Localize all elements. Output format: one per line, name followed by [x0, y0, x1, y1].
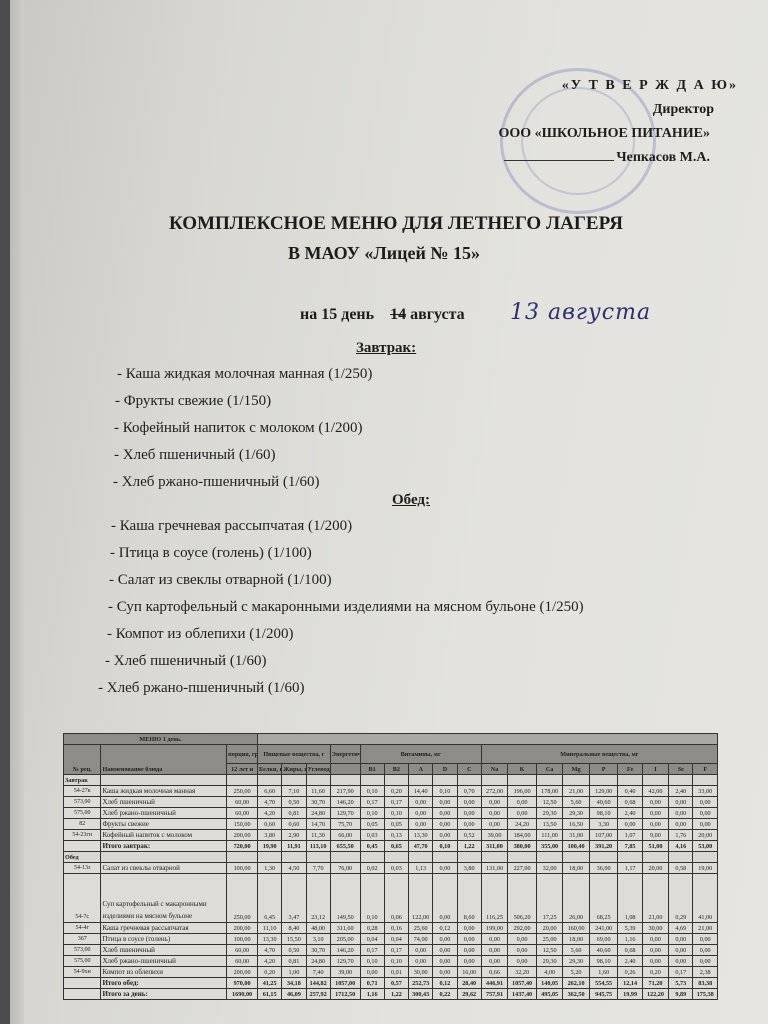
grand-total-value: 362,50: [563, 989, 589, 1000]
table-row: 54-23гнКофейный напиток с молоком200,003…: [64, 830, 718, 841]
date-line: на 15 день 14 августа: [300, 306, 465, 324]
value-cell: 0,00: [508, 797, 537, 808]
dish-name: Каша жидкая молочная манная: [101, 786, 227, 797]
value-cell: 0,02: [360, 863, 384, 874]
value-cell: 13,30: [258, 934, 282, 945]
value-cell: 16,00: [457, 967, 481, 978]
value-cell: 2,38: [693, 967, 718, 978]
table-cell: [457, 775, 481, 786]
nutrition-table-wrapper: МЕНЮ 1 день. № рец. Наименование блюда п…: [63, 733, 718, 1000]
dish-name: Птица в соусе (голень): [101, 934, 227, 945]
value-cell: 4,70: [258, 797, 282, 808]
value-cell: 5,60: [563, 797, 589, 808]
grand-total-value: 1,22: [384, 989, 408, 1000]
table-cell: [481, 852, 507, 863]
value-cell: 0,40: [618, 786, 642, 797]
total-value: 47,70: [409, 841, 433, 852]
dish-name: Хлеб ржано-пшеничный: [101, 808, 227, 819]
value-cell: 0,00: [669, 934, 693, 945]
total-value: 7,85: [618, 841, 642, 852]
recipe-code: 573,00: [64, 945, 101, 956]
value-cell: 18,00: [563, 934, 589, 945]
value-cell: 7,10: [282, 786, 306, 797]
grand-total-value: 1690,00: [227, 989, 258, 1000]
dish-name: Хлеб пшеничный: [101, 797, 227, 808]
grand-total-value: 257,92: [306, 989, 330, 1000]
table-cell: [693, 852, 718, 863]
total-value: 4,16: [669, 841, 693, 852]
table-cell: [64, 841, 101, 852]
value-cell: 60,00: [227, 945, 258, 956]
value-cell: 0,00: [457, 819, 481, 830]
value-cell: 19,00: [693, 863, 718, 874]
header-nutrient-fe: Fe: [618, 764, 642, 775]
value-cell: 311,60: [330, 923, 360, 934]
value-cell: 131,00: [481, 863, 507, 874]
value-cell: 4,50: [282, 863, 306, 874]
recipe-code: 575,00: [64, 808, 101, 819]
value-cell: 1,16: [618, 934, 642, 945]
value-cell: 0,00: [433, 819, 457, 830]
value-cell: 0,05: [360, 819, 384, 830]
total-value: 53,00: [693, 841, 718, 852]
value-cell: 0,16: [384, 923, 408, 934]
value-cell: 196,00: [508, 786, 537, 797]
value-cell: 0,00: [457, 945, 481, 956]
value-cell: 24,20: [508, 819, 537, 830]
value-cell: 0,13: [384, 830, 408, 841]
value-cell: 107,00: [589, 830, 618, 841]
total-value: 19,90: [258, 841, 282, 852]
table-row: 54-27кКаша жидкая молочная манная250,006…: [64, 786, 718, 797]
document-subtitle: В МАОУ «Лицей № 15»: [0, 243, 768, 264]
value-cell: 20,00: [642, 863, 668, 874]
table-cell: [589, 775, 618, 786]
value-cell: 39,00: [481, 830, 507, 841]
value-cell: 0,10: [360, 808, 384, 819]
value-cell: 0,00: [642, 945, 668, 956]
dish-name: Хлеб ржано-пшеничный: [101, 956, 227, 967]
value-cell: 129,70: [330, 956, 360, 967]
header-nutrient-b1: B1: [360, 764, 384, 775]
value-cell: 292,00: [508, 923, 537, 934]
value-cell: 200,00: [227, 923, 258, 934]
value-cell: 217,90: [330, 786, 360, 797]
value-cell: 21,00: [642, 874, 668, 923]
value-cell: 0,05: [384, 819, 408, 830]
grand-total-value: 1437,40: [508, 989, 537, 1000]
header-minerals: Минеральные вещества, мг: [481, 745, 717, 764]
table-total-row: Итого обед:970,0041,2534,18144,821057,00…: [64, 978, 718, 989]
header-energy: Энергетическая: [330, 745, 360, 764]
value-cell: 0,00: [433, 830, 457, 841]
table-row: 573,00Хлеб пшеничный60,004,700,5030,7014…: [64, 797, 718, 808]
value-cell: 0,68: [618, 797, 642, 808]
grand-total-value: 945,75: [589, 989, 618, 1000]
value-cell: 15,50: [282, 934, 306, 945]
header-nutrient-na: Na: [481, 764, 507, 775]
header-nutrient-mg: Mg: [563, 764, 589, 775]
value-cell: 25,00: [536, 934, 562, 945]
value-cell: 0,00: [642, 797, 668, 808]
value-cell: 0,60: [258, 819, 282, 830]
table-cell: [589, 852, 618, 863]
value-cell: 0,00: [433, 934, 457, 945]
value-cell: 6,60: [258, 786, 282, 797]
value-cell: 0,01: [384, 967, 408, 978]
value-cell: 7,70: [306, 863, 330, 874]
value-cell: 60,00: [227, 797, 258, 808]
total-value: 34,18: [282, 978, 306, 989]
value-cell: 14,40: [409, 786, 433, 797]
value-cell: 2,40: [618, 956, 642, 967]
value-cell: 0,58: [669, 863, 693, 874]
value-cell: 250,00: [227, 874, 258, 923]
value-cell: 29,30: [536, 808, 562, 819]
table-cell: [64, 989, 101, 1000]
dish-name: Суп картофельный с макаронными изделиями…: [101, 874, 227, 923]
section-label: Завтрак: [64, 775, 101, 786]
table-cell: [508, 775, 537, 786]
value-cell: 0,00: [457, 934, 481, 945]
header-nutrition: Пищевые вещества, г: [258, 745, 331, 764]
header-nutrient-ca: Ca: [536, 764, 562, 775]
table-cell: [330, 852, 360, 863]
value-cell: 0,00: [693, 797, 718, 808]
total-value: 446,91: [481, 978, 507, 989]
grand-total-value: 1712,50: [330, 989, 360, 1000]
grand-total-label: Итого за день:: [101, 989, 227, 1000]
handwritten-date: 13 августа: [510, 300, 651, 325]
value-cell: 0,00: [508, 945, 537, 956]
menu-list-item: - Хлеб пшеничный (1/60): [114, 447, 275, 464]
value-cell: 149,50: [330, 874, 360, 923]
value-cell: 0,50: [282, 797, 306, 808]
value-cell: 14,70: [306, 819, 330, 830]
table-cell: [306, 775, 330, 786]
value-cell: 1,76: [669, 830, 693, 841]
header-nutrient-f: F: [693, 764, 718, 775]
total-value: 311,00: [481, 841, 507, 852]
value-cell: 0,00: [642, 819, 668, 830]
value-cell: 0,00: [409, 945, 433, 956]
value-cell: 8,40: [282, 923, 306, 934]
recipe-code: 54-23гн: [64, 830, 101, 841]
value-cell: 0,00: [409, 956, 433, 967]
value-cell: 0,00: [669, 797, 693, 808]
total-value: 113,10: [306, 841, 330, 852]
approval-block: «У Т В Е Р Ж Д А Ю» Директор ООО «ШКОЛЬН…: [499, 74, 711, 170]
value-cell: 4,70: [258, 945, 282, 956]
recipe-code: 54-27к: [64, 786, 101, 797]
value-cell: 0,00: [457, 808, 481, 819]
table-cell: [409, 775, 433, 786]
value-cell: 74,00: [409, 934, 433, 945]
table-grand-total-row: Итого за день:1690,0061,1546,09257,92171…: [64, 989, 718, 1000]
value-cell: 3,10: [306, 934, 330, 945]
table-cell: [409, 852, 433, 863]
value-cell: 66,00: [330, 830, 360, 841]
total-value: 1057,40: [508, 978, 537, 989]
total-value: 720,00: [227, 841, 258, 852]
table-cell: [669, 775, 693, 786]
value-cell: 1,60: [589, 967, 618, 978]
value-cell: 0,00: [481, 819, 507, 830]
table-cell: [101, 852, 227, 863]
total-value: 140,05: [536, 978, 562, 989]
value-cell: 4,20: [258, 956, 282, 967]
value-cell: 30,00: [642, 923, 668, 934]
total-value: 5,73: [669, 978, 693, 989]
value-cell: 0,17: [384, 945, 408, 956]
header-nutrient-b2: B2: [384, 764, 408, 775]
grand-total-value: 495,05: [536, 989, 562, 1000]
value-cell: 11,30: [306, 830, 330, 841]
value-cell: 200,00: [227, 967, 258, 978]
nutrition-table: МЕНЮ 1 день. № рец. Наименование блюда п…: [63, 733, 718, 1000]
value-cell: 0,00: [433, 874, 457, 923]
total-value: 0,71: [360, 978, 384, 989]
value-cell: 1,08: [618, 874, 642, 923]
value-cell: 506,20: [508, 874, 537, 923]
value-cell: 150,00: [227, 819, 258, 830]
value-cell: 0,81: [282, 956, 306, 967]
grand-total-value: 175,38: [693, 989, 718, 1000]
value-cell: 100,00: [227, 863, 258, 874]
total-value: 1057,00: [330, 978, 360, 989]
value-cell: 11,10: [258, 923, 282, 934]
value-cell: 39,00: [330, 967, 360, 978]
value-cell: 76,00: [330, 863, 360, 874]
value-cell: 0,00: [693, 934, 718, 945]
total-value: 554,55: [589, 978, 618, 989]
table-row: 54-4гКаша гречневая рассыпчатая200,0011,…: [64, 923, 718, 934]
value-cell: 98,10: [589, 808, 618, 819]
total-value: 51,00: [642, 841, 668, 852]
value-cell: 13,30: [409, 830, 433, 841]
value-cell: 241,00: [589, 923, 618, 934]
value-cell: 0,10: [360, 956, 384, 967]
value-cell: 0,68: [618, 945, 642, 956]
value-cell: 0,81: [282, 808, 306, 819]
value-cell: 17,25: [536, 874, 562, 923]
value-cell: 0,00: [669, 945, 693, 956]
value-cell: 199,00: [481, 923, 507, 934]
value-cell: 0,17: [669, 967, 693, 978]
value-cell: 0,00: [669, 819, 693, 830]
table-cell: [282, 852, 306, 863]
value-cell: 0,00: [642, 956, 668, 967]
menu-list-item: - Суп картофельный с макаронными изделия…: [108, 599, 584, 616]
table-cell: [433, 852, 457, 863]
value-cell: 5,39: [618, 923, 642, 934]
grand-total-value: 1,16: [360, 989, 384, 1000]
total-value: 100,40: [563, 841, 589, 852]
grand-total-value: 46,09: [282, 989, 306, 1000]
table-row: 367Птица в соусе (голень)100,0013,3015,5…: [64, 934, 718, 945]
total-value: 0,10: [433, 841, 457, 852]
value-cell: 40,60: [589, 797, 618, 808]
table-section-row: Завтрак: [64, 775, 718, 786]
value-cell: 6,45: [258, 874, 282, 923]
grand-total-value: 122,20: [642, 989, 668, 1000]
value-cell: 2,90: [282, 830, 306, 841]
grand-total-value: 19,99: [618, 989, 642, 1000]
value-cell: 129,70: [330, 808, 360, 819]
total-value: 28,40: [457, 978, 481, 989]
value-cell: 30,70: [306, 797, 330, 808]
value-cell: 26,00: [563, 874, 589, 923]
value-cell: 0,04: [384, 934, 408, 945]
value-cell: 0,00: [360, 967, 384, 978]
value-cell: 3,30: [589, 819, 618, 830]
table-cell: [508, 852, 537, 863]
total-label: Итого завтрак:: [101, 841, 227, 852]
value-cell: 0,00: [433, 808, 457, 819]
value-cell: 33,00: [693, 786, 718, 797]
value-cell: 1,00: [282, 967, 306, 978]
total-value: 144,82: [306, 978, 330, 989]
value-cell: 0,20: [258, 967, 282, 978]
recipe-code: 82: [64, 819, 101, 830]
total-value: 0,65: [384, 841, 408, 852]
grand-total-value: 0,22: [433, 989, 457, 1000]
value-cell: 32,00: [536, 863, 562, 874]
table-cell: [101, 775, 227, 786]
total-value: 252,73: [409, 978, 433, 989]
grand-total-value: 757,91: [481, 989, 507, 1000]
value-cell: 69,00: [589, 934, 618, 945]
table-cell: [642, 775, 668, 786]
value-cell: 0,20: [384, 786, 408, 797]
struck-day: 14: [390, 306, 406, 323]
menu-list-item: - Хлеб пшеничный (1/60): [105, 653, 266, 670]
menu-list-item: - Салат из свеклы отварной (1/100): [109, 572, 332, 589]
value-cell: 0,00: [693, 808, 718, 819]
value-cell: 21,00: [563, 786, 589, 797]
value-cell: 0,29: [669, 874, 693, 923]
menu-list-item: - Птица в соусе (голень) (1/100): [110, 545, 312, 562]
table-cell: [360, 852, 384, 863]
recipe-code: 54-13з: [64, 863, 101, 874]
table-row: 82Фрукты свежие150,000,600,6014,7075,700…: [64, 819, 718, 830]
value-cell: 0,50: [282, 945, 306, 956]
table-cell: [384, 775, 408, 786]
value-cell: 0,00: [433, 945, 457, 956]
value-cell: 40,60: [589, 945, 618, 956]
value-cell: 100,00: [227, 934, 258, 945]
value-cell: 1,17: [618, 863, 642, 874]
value-cell: 0,00: [642, 808, 668, 819]
table-cell: [227, 852, 258, 863]
value-cell: 30,70: [306, 945, 330, 956]
value-cell: 12,50: [536, 945, 562, 956]
value-cell: 0,06: [384, 874, 408, 923]
value-cell: 29,30: [563, 808, 589, 819]
table-cell: [258, 775, 282, 786]
value-cell: 4,20: [258, 808, 282, 819]
table-row: 575,00Хлеб ржано-пшеничный60,004,200,812…: [64, 956, 718, 967]
total-value: 41,25: [258, 978, 282, 989]
dish-name: Компот из облепихи: [101, 967, 227, 978]
table-cell: [563, 775, 589, 786]
table-cell: [282, 775, 306, 786]
table-cell: [433, 775, 457, 786]
header-nutrient-se: Se: [669, 764, 693, 775]
value-cell: 20,00: [536, 923, 562, 934]
value-cell: 31,00: [563, 830, 589, 841]
recipe-code: 54-9хн: [64, 967, 101, 978]
value-cell: 146,20: [330, 797, 360, 808]
value-cell: 60,00: [227, 956, 258, 967]
value-cell: 0,28: [360, 923, 384, 934]
signature-line: [504, 160, 614, 161]
table-caption: МЕНЮ 1 день.: [64, 734, 258, 745]
value-cell: 0,04: [360, 934, 384, 945]
total-value: 970,00: [227, 978, 258, 989]
value-cell: 0,00: [433, 797, 457, 808]
value-cell: 2,40: [618, 808, 642, 819]
table-row: 573,00Хлеб пшеничный60,004,700,5030,7014…: [64, 945, 718, 956]
table-cell: [669, 852, 693, 863]
value-cell: 0,17: [360, 945, 384, 956]
value-cell: 272,00: [481, 786, 507, 797]
table-cell: [360, 775, 384, 786]
value-cell: 1,07: [618, 830, 642, 841]
value-cell: 13,50: [536, 819, 562, 830]
value-cell: 0,00: [642, 934, 668, 945]
value-cell: 1,30: [258, 863, 282, 874]
value-cell: 0,17: [384, 797, 408, 808]
menu-list-item: - Хлеб ржано-пшеничный (1/60): [98, 680, 305, 697]
value-cell: 98,10: [589, 956, 618, 967]
table-cell: [384, 852, 408, 863]
header-nutrient-k: K: [508, 764, 537, 775]
grand-total-value: 300,43: [409, 989, 433, 1000]
approval-position: Директор: [499, 98, 715, 122]
value-cell: 3,47: [282, 874, 306, 923]
value-cell: 0,00: [433, 863, 457, 874]
value-cell: 200,00: [227, 830, 258, 841]
dish-name: Каша гречневая рассыпчатая: [101, 923, 227, 934]
table-cell: [618, 775, 642, 786]
total-value: 391,20: [589, 841, 618, 852]
value-cell: 0,00: [481, 797, 507, 808]
value-cell: 0,00: [481, 808, 507, 819]
total-value: 1,22: [457, 841, 481, 852]
table-total-row: Итого завтрак:720,0019,9011,91113,10655,…: [64, 841, 718, 852]
value-cell: 1,13: [409, 863, 433, 874]
table-cell: [64, 978, 101, 989]
value-cell: 0,17: [360, 797, 384, 808]
section-label: Обед: [64, 852, 101, 863]
value-cell: 0,10: [433, 786, 457, 797]
value-cell: 0,12: [433, 923, 457, 934]
value-cell: 24,80: [306, 956, 330, 967]
value-cell: 0,00: [457, 956, 481, 967]
value-cell: 129,00: [589, 786, 618, 797]
value-cell: 7,40: [306, 967, 330, 978]
value-cell: 42,00: [642, 786, 668, 797]
table-row: 54-7сСуп картофельный с макаронными изде…: [64, 874, 718, 923]
value-cell: 0,10: [360, 874, 384, 923]
value-cell: 227,00: [508, 863, 537, 874]
header-vitamins: Витамины, мг: [360, 745, 481, 764]
value-cell: 0,00: [409, 797, 433, 808]
value-cell: 0,20: [642, 967, 668, 978]
header-nutrient-p: P: [589, 764, 618, 775]
value-cell: 5,60: [563, 945, 589, 956]
